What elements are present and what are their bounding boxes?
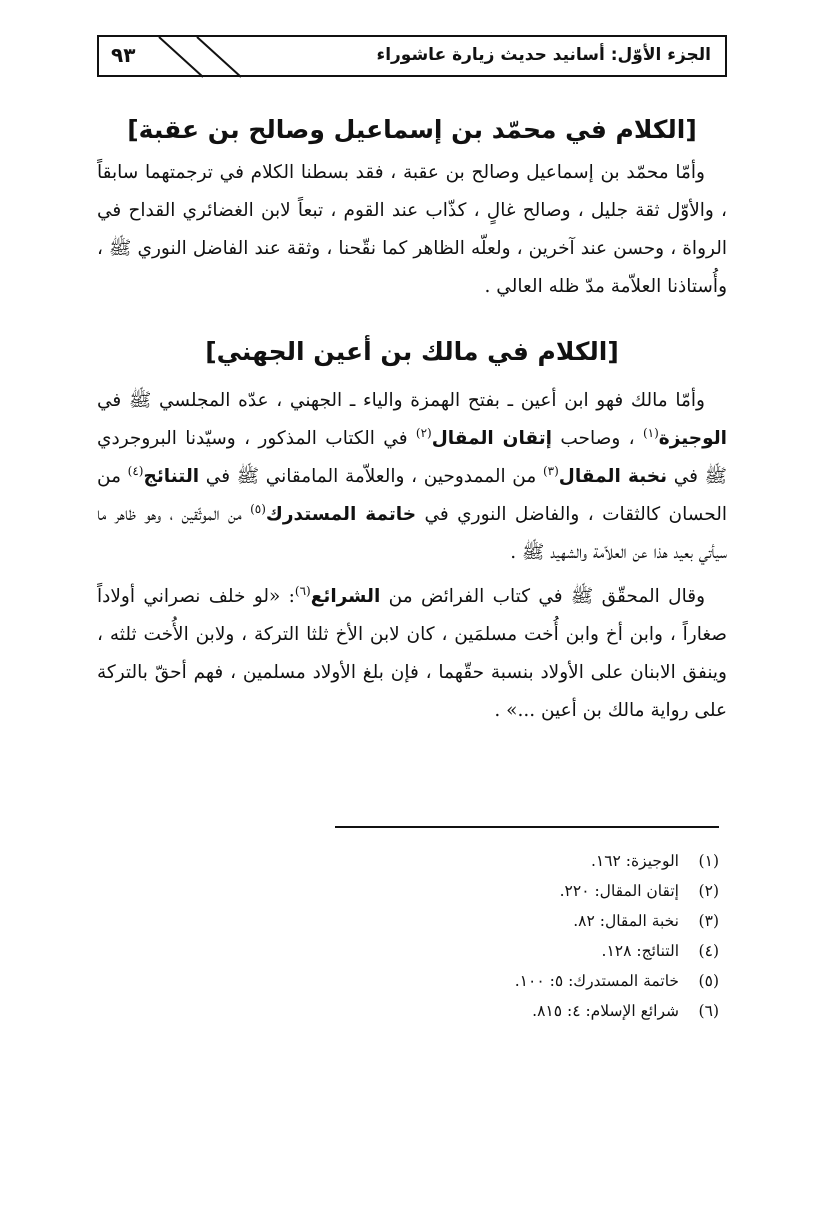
footnote-ref[interactable]: (٢)	[416, 426, 432, 440]
footnote: (٣)نخبة المقال: ٨٢.	[515, 906, 719, 936]
text-run: وأمّا مالك فهو ابن أعين ـ بفتح الهمزة وا…	[97, 390, 705, 411]
footnote-text: شرائع الإسلام: ٤: ٨١٥.	[532, 1002, 679, 1020]
book-title: الشرائع	[311, 586, 381, 607]
footnote-text: خاتمة المستدرك: ٥: ١٠٠.	[515, 972, 679, 990]
paragraph: وقال المحقّق ﷺ في كتاب الفرائض من الشرائ…	[97, 578, 727, 730]
footnote-text: التنائج: ١٢٨.	[602, 942, 680, 960]
footnote-ref[interactable]: (٦)	[295, 584, 311, 598]
footnote: (٤)التنائج: ١٢٨.	[515, 936, 719, 966]
book-title: الوجيزة	[659, 428, 727, 449]
page-number: ٩٣	[111, 43, 135, 67]
section-heading: [الكلام في محمّد بن إسماعيل وصالح بن عقب…	[97, 106, 727, 154]
footnote-ref[interactable]: (٤)	[128, 464, 144, 478]
book-title: نخبة المقال	[559, 466, 667, 487]
footnote: (٢)إتقان المقال: ٢٢٠.	[515, 876, 719, 906]
book-title: إتقان المقال	[432, 428, 552, 449]
footnote-text: الوجيزة: ١٦٢.	[591, 852, 679, 870]
paragraph: وأمّا مالك فهو ابن أعين ـ بفتح الهمزة وا…	[97, 382, 727, 572]
footnote-separator	[335, 826, 719, 828]
footnote-text: نخبة المقال: ٨٢.	[573, 912, 679, 930]
footnote-number: (٤)	[679, 936, 719, 966]
footnote: (٦)شرائع الإسلام: ٤: ٨١٥.	[515, 996, 719, 1026]
footnote: (١)الوجيزة: ١٦٢.	[515, 846, 719, 876]
footnote-number: (٣)	[679, 906, 719, 936]
text-run: وقال المحقّق ﷺ في كتاب الفرائض من	[380, 586, 705, 607]
footnote-number: (٢)	[679, 876, 719, 906]
footnote: (٥)خاتمة المستدرك: ٥: ١٠٠.	[515, 966, 719, 996]
running-title: الجزء الأوّل: أسانيد حديث زيارة عاشوراء	[377, 45, 712, 65]
footnote-text: إتقان المقال: ٢٢٠.	[560, 882, 679, 900]
footnote-ref[interactable]: (٥)	[250, 502, 266, 516]
footnote-number: (٦)	[679, 996, 719, 1026]
footnote-number: (٥)	[679, 966, 719, 996]
section-heading: [الكلام في مالك بن أعين الجهني]	[97, 328, 727, 376]
book-title: التنائج	[143, 466, 199, 487]
page-body: [الكلام في محمّد بن إسماعيل وصالح بن عقب…	[97, 100, 727, 730]
footnote-number: (١)	[679, 846, 719, 876]
book-title: خاتمة المستدرك	[266, 504, 416, 525]
paragraph: وأمّا محمّد بن إسماعيل وصالح بن عقبة ، ف…	[97, 154, 727, 306]
text-run: ، وصاحب	[552, 428, 643, 449]
running-header: ٩٣ الجزء الأوّل: أسانيد حديث زيارة عاشور…	[97, 35, 727, 77]
footnotes: (١)الوجيزة: ١٦٢. (٢)إتقان المقال: ٢٢٠. (…	[515, 846, 719, 1026]
footnote-ref[interactable]: (٣)	[543, 464, 559, 478]
text-run: من الممدوحين ، والعلاّمة المامقاني ﷺ في	[199, 466, 543, 487]
footnote-ref[interactable]: (١)	[643, 426, 659, 440]
